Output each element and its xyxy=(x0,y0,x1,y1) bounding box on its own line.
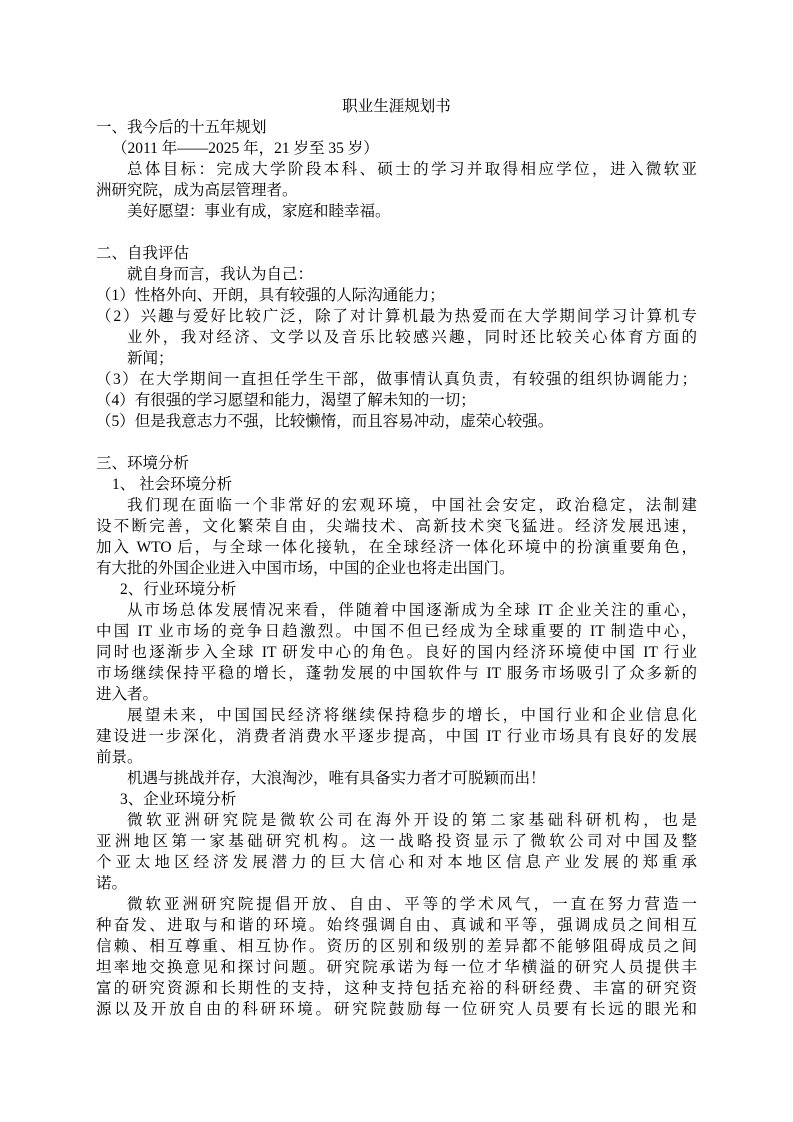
text-line: 微软亚洲研究院是微软公司在海外开设的第二家基础科研机构，也是 xyxy=(96,810,697,831)
text-line: 业外，我对经济、文学以及音乐比较感兴趣，同时还比较关心体育方面的 xyxy=(96,327,697,348)
text-line: 有大批的外国企业进入中国市场，中国的企业也将走出国门。 xyxy=(96,558,697,579)
text-line: （1）性格外向、开朗，具有较强的人际沟通能力； xyxy=(96,285,697,306)
text-line: 微软亚洲研究院提倡开放、自由、平等的学术风气，一直在努力营造一 xyxy=(96,894,697,915)
text-line: 展望未来，中国国民经济将继续保持稳步的增长，中国行业和企业信息化 xyxy=(96,705,697,726)
document-page: 职业生涯规划书 一、我今后的十五年规划（2011 年——2025 年，21 岁至… xyxy=(0,0,793,1122)
text-line: 2、行业环境分析 xyxy=(96,579,697,600)
text-line: （2）兴趣与爱好比较广泛，除了对计算机最为热爱而在大学期间学习计算机专 xyxy=(96,306,697,327)
text-line: （4）有很强的学习愿望和能力，渴望了解未知的一切； xyxy=(96,390,697,411)
text-line: 1、 社会环境分析 xyxy=(96,474,697,495)
text-line: 信赖、相互尊重、相互协作。资历的区别和级别的差异都不能够阻碍成员之间 xyxy=(96,936,697,957)
text-line: 总体目标：完成大学阶段本科、硕士的学习并取得相应学位，进入微软亚 xyxy=(96,159,697,180)
text-line: 坦率地交换意见和探讨问题。研究院承诺为每一位才华横溢的研究人员提供丰 xyxy=(96,957,697,978)
text-line: 机遇与挑战并存，大浪淘沙，唯有具备实力者才可脱颖而出！ xyxy=(96,768,697,789)
text-line: 前景。 xyxy=(96,747,697,768)
text-line: （2011 年——2025 年，21 岁至 35 岁） xyxy=(96,138,697,159)
text-line: 进入者。 xyxy=(96,684,697,705)
text-line: 新闻； xyxy=(96,348,697,369)
text-line: 加入 WTO 后，与全球一体化接轨，在全球经济一体化环境中的扮演重要角色， xyxy=(96,537,697,558)
text-line: 中国 IT 业市场的竞争日趋激烈。中国不但已经成为全球重要的 IT 制造中心， xyxy=(96,621,697,642)
text-line: 3、企业环境分析 xyxy=(96,789,697,810)
text-line: 设不断完善，文化繁荣自由，尖端技术、高新技术突飞猛进。经济发展迅速， xyxy=(96,516,697,537)
text-line: 富的研究资源和长期性的支持，这种支持包括充裕的科研经费、丰富的研究资 xyxy=(96,978,697,999)
text-line: 就自身而言，我认为自己： xyxy=(96,264,697,285)
text-line: 洲研究院，成为高层管理者。 xyxy=(96,180,697,201)
text-line: 种奋发、进取与和谐的环境。始终强调自由、真诚和平等，强调成员之间相互 xyxy=(96,915,697,936)
blank-line xyxy=(96,222,697,243)
blank-line xyxy=(96,432,697,453)
text-line: 诺。 xyxy=(96,873,697,894)
text-line: 亚洲地区第一家基础研究机构。这一战略投资显示了微软公司对中国及整 xyxy=(96,831,697,852)
text-line: 美好愿望：事业有成，家庭和睦幸福。 xyxy=(96,201,697,222)
text-line: 源以及开放自由的科研环境。研究院鼓励每一位研究人员要有长远的眼光和 xyxy=(96,999,697,1020)
text-line: 同时也逐渐步入全球 IT 研发中心的角色。良好的国内经济环境使中国 IT 行业 xyxy=(96,642,697,663)
document-title: 职业生涯规划书 xyxy=(96,96,697,117)
text-line: 二、自我评估 xyxy=(96,243,697,264)
text-line: 三、环境分析 xyxy=(96,453,697,474)
text-line: 个亚太地区经济发展潜力的巨大信心和对本地区信息产业发展的郑重承 xyxy=(96,852,697,873)
text-line: 我们现在面临一个非常好的宏观环境，中国社会安定，政治稳定，法制建 xyxy=(96,495,697,516)
text-line: 建设进一步深化，消费者消费水平逐步提高，中国 IT 行业市场具有良好的发展 xyxy=(96,726,697,747)
text-line: （3）在大学期间一直担任学生干部，做事情认真负责，有较强的组织协调能力； xyxy=(96,369,697,390)
text-line: （5）但是我意志力不强，比较懒惰，而且容易冲动，虚荣心较强。 xyxy=(96,411,697,432)
text-line: 市场继续保持平稳的增长，蓬勃发展的中国软件与 IT 服务市场吸引了众多新的 xyxy=(96,663,697,684)
text-line: 从市场总体发展情况来看，伴随着中国逐渐成为全球 IT 企业关注的重心， xyxy=(96,600,697,621)
text-line: 一、我今后的十五年规划 xyxy=(96,117,697,138)
document-body: 职业生涯规划书 一、我今后的十五年规划（2011 年——2025 年，21 岁至… xyxy=(96,96,697,1020)
